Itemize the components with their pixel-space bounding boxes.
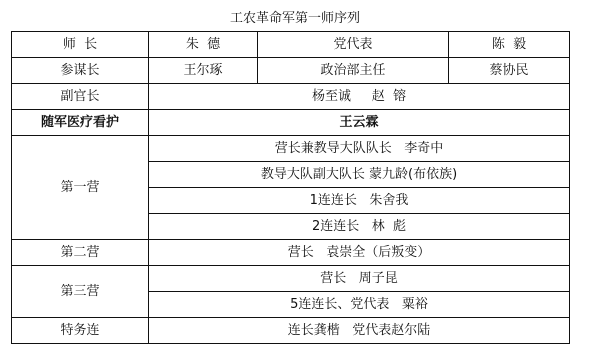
table-row: 随军医疗看护 王云霖 — [12, 110, 570, 136]
value-chief-of-staff: 王尔琢 — [149, 58, 258, 84]
value-political-director: 蔡协民 — [449, 58, 570, 84]
value-party-rep: 陈 毅 — [449, 32, 570, 58]
battalion-1-item: 2连连长 林 彪 — [149, 214, 570, 240]
label-commander: 师 长 — [12, 32, 149, 58]
label-chief-of-staff: 参谋长 — [12, 58, 149, 84]
label-battalion-1: 第一营 — [12, 136, 149, 240]
value-medical: 王云霖 — [149, 110, 570, 136]
table-row: 第二营 营长 袁崇全（后叛变） — [12, 240, 570, 266]
value-commander: 朱 德 — [149, 32, 258, 58]
label-party-rep: 党代表 — [258, 32, 449, 58]
value-special-company: 连长龚楷 党代表赵尔陆 — [149, 318, 570, 344]
label-medical: 随军医疗看护 — [12, 110, 149, 136]
battalion-1-item: 教导大队副大队长 蒙九龄(布依族) — [149, 162, 570, 188]
label-special-company: 特务连 — [12, 318, 149, 344]
label-battalion-3: 第三营 — [12, 266, 149, 318]
table-row: 参谋长 王尔琢 政治部主任 蔡协民 — [12, 58, 570, 84]
value-battalion-2: 营长 袁崇全（后叛变） — [149, 240, 570, 266]
value-adjutant: 杨至诚 赵 镕 — [149, 84, 570, 110]
table-row: 副官长 杨至诚 赵 镕 — [12, 84, 570, 110]
label-adjutant: 副官长 — [12, 84, 149, 110]
table-row: 第一营 营长兼教导大队队长 李奇中 — [12, 136, 570, 162]
battalion-1-item: 1连连长 朱舍我 — [149, 188, 570, 214]
battalion-3-item: 5连连长、党代表 粟裕 — [149, 292, 570, 318]
table-row: 特务连 连长龚楷 党代表赵尔陆 — [12, 318, 570, 344]
table-row: 第三营 营长 周子昆 — [12, 266, 570, 292]
roster-table: 师 长 朱 德 党代表 陈 毅 参谋长 王尔琢 政治部主任 蔡协民 副官长 杨至… — [11, 31, 570, 344]
battalion-3-item: 营长 周子昆 — [149, 266, 570, 292]
document-title: 工农革命军第一师序列 — [0, 7, 590, 26]
label-political-director: 政治部主任 — [258, 58, 449, 84]
battalion-1-item: 营长兼教导大队队长 李奇中 — [149, 136, 570, 162]
label-battalion-2: 第二营 — [12, 240, 149, 266]
table-row: 师 长 朱 德 党代表 陈 毅 — [12, 32, 570, 58]
